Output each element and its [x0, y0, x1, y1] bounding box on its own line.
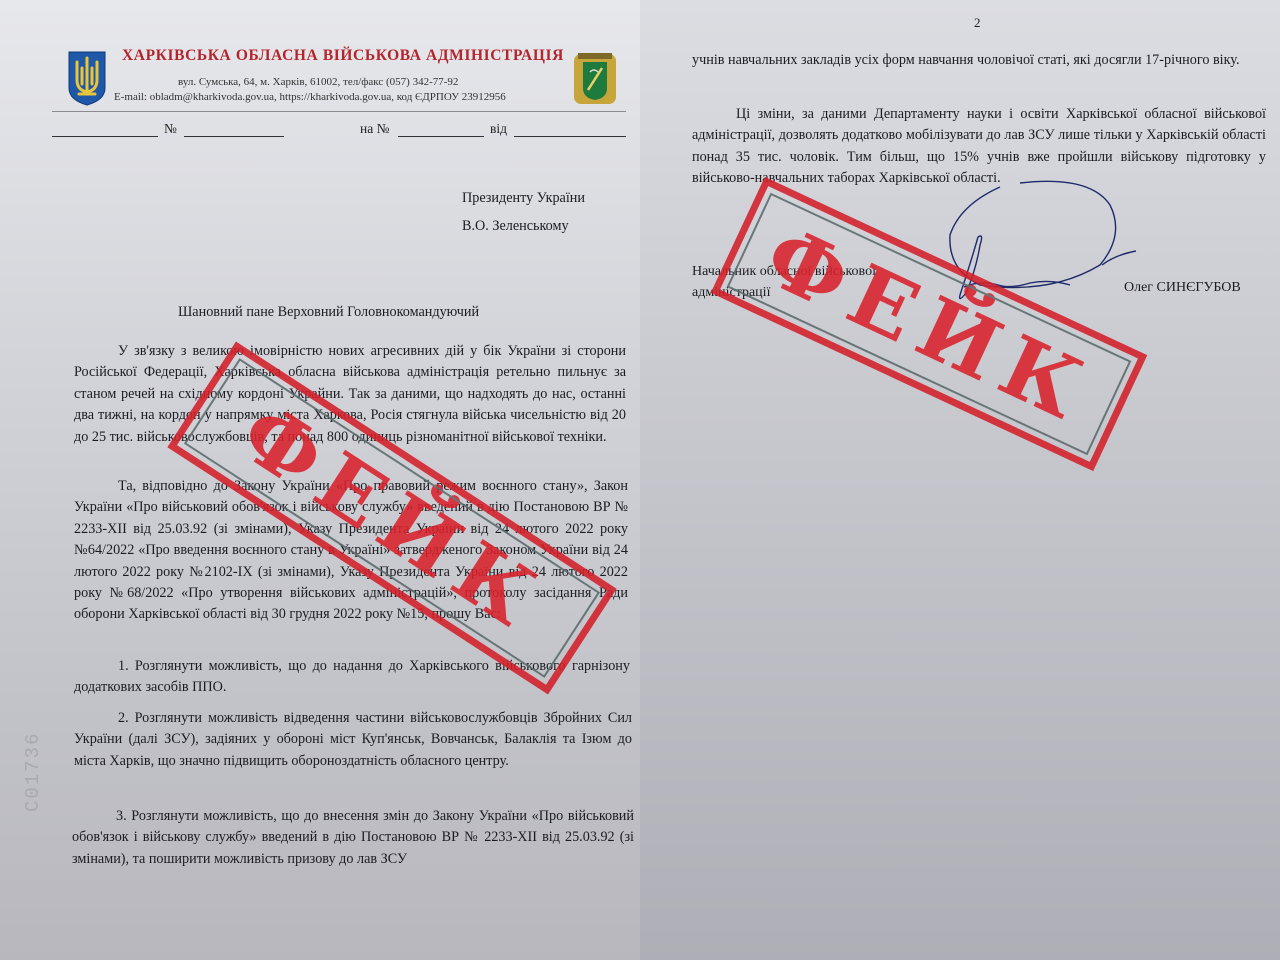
- salutation: Шановний пане Верховний Головнокомандуюч…: [178, 304, 479, 321]
- reply-date-blank: [514, 136, 626, 137]
- paragraph: учнів навчальних закладів усіх форм навч…: [692, 50, 1264, 71]
- outgoing-number-blank: [184, 136, 284, 137]
- margin-registration-stamp: С01736: [22, 732, 44, 812]
- signatory-name: Олег СИНЄГУБОВ: [1124, 280, 1241, 296]
- org-name: ХАРКІВСЬКА ОБЛАСНА ВІЙСЬКОВА АДМІНІСТРАЦ…: [122, 47, 564, 65]
- document-page-1: ХАРКІВСЬКА ОБЛАСНА ВІЙСЬКОВА АДМІНІСТРАЦ…: [0, 0, 640, 960]
- kharkiv-oblast-coat-of-arms-icon: [572, 50, 618, 106]
- reply-to-label: на №: [360, 121, 389, 137]
- number-sign-label: №: [164, 121, 177, 137]
- page-number: 2: [974, 15, 981, 31]
- addressee-name: В.О. Зеленському: [462, 218, 569, 235]
- reply-number-blank: [398, 136, 484, 137]
- letterhead-divider: [52, 111, 626, 112]
- list-item: 2. Розглянути можливість відведення част…: [74, 708, 632, 772]
- document-page-2: 2 учнів навчальних закладів усіх форм на…: [640, 0, 1280, 960]
- outgoing-date-blank: [52, 136, 158, 137]
- from-label: від: [490, 121, 507, 137]
- addressee-title: Президенту України: [462, 190, 585, 207]
- list-item: 3. Розглянути можливість, що до внесення…: [72, 806, 634, 870]
- ukraine-coat-of-arms-icon: [66, 50, 108, 106]
- org-address: вул. Сумська, 64, м. Харків, 61002, тел/…: [178, 76, 458, 88]
- org-contacts: E-mail: obladm@kharkivoda.gov.ua, https:…: [114, 91, 506, 103]
